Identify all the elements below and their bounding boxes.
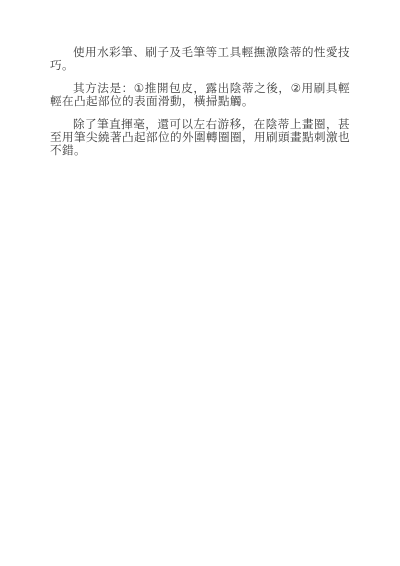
paragraph-1: 使用水彩筆、刷子及毛筆等工具輕撫激陰蒂的性愛技巧。: [50, 46, 350, 71]
paragraph-3: 除了筆直揮毫，還可以左右游移，在陰蒂上畫圈，甚至用筆尖繞著凸起部位的外圍轉圈圈，…: [50, 118, 350, 156]
document-body: 使用水彩筆、刷子及毛筆等工具輕撫激陰蒂的性愛技巧。 其方法是：①推開包皮，露出陰…: [50, 46, 350, 167]
paragraph-2: 其方法是：①推開包皮，露出陰蒂之後，②用刷具輕輕在凸起部位的表面滑動，橫掃點觸。: [50, 82, 350, 107]
document-page: 使用水彩筆、刷子及毛筆等工具輕撫激陰蒂的性愛技巧。 其方法是：①推開包皮，露出陰…: [0, 0, 400, 566]
